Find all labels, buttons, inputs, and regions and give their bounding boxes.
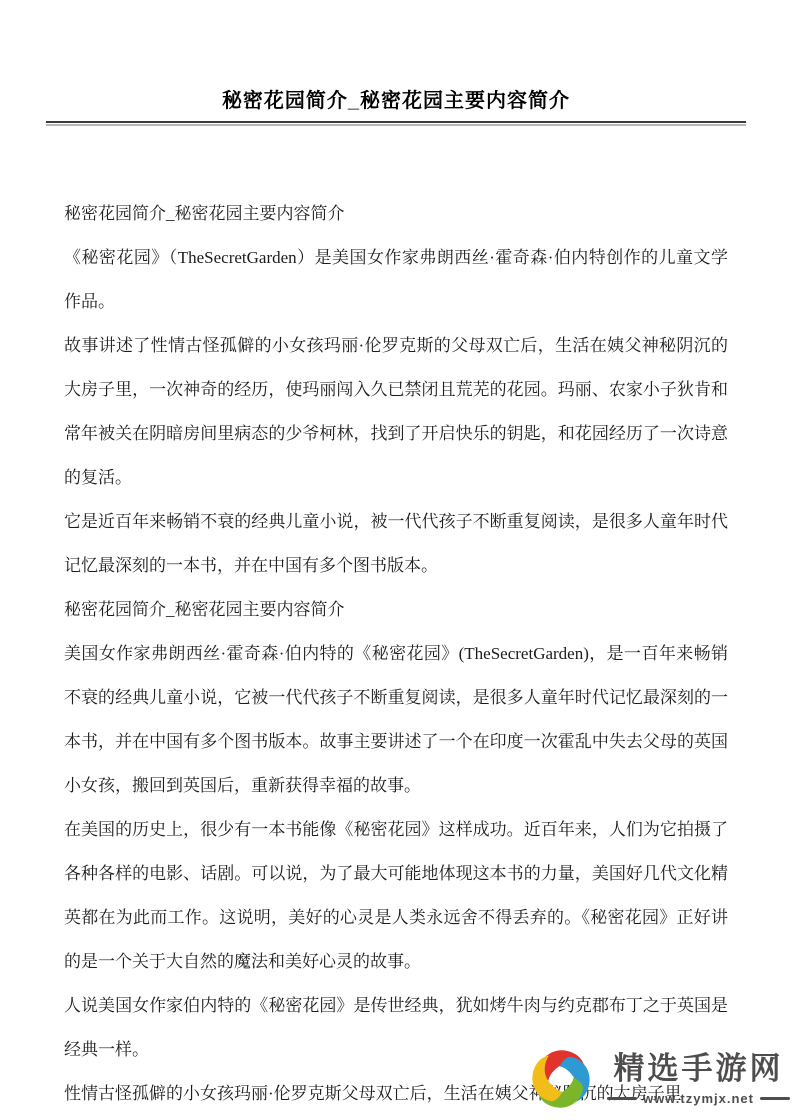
watermark-text-block: 精选手游网 www.tzymjx.net (607, 1052, 790, 1105)
article-body: 秘密花园简介_秘密花园主要内容简介 《秘密花园》（TheSecretGarden… (64, 192, 728, 1116)
url-left-dash (607, 1097, 637, 1100)
document-page: 秘密花园简介_秘密花园主要内容简介 秘密花园简介_秘密花园主要内容简介 《秘密花… (0, 0, 792, 1120)
site-watermark: 精选手游网 www.tzymjx.net (523, 1042, 790, 1116)
site-url: www.tzymjx.net (643, 1091, 754, 1106)
paragraph: 美国女作家弗朗西丝·霍奇森·伯内特的《秘密花园》(TheSecretGarden… (64, 632, 728, 808)
paragraph: 故事讲述了性情古怪孤僻的小女孩玛丽·伦罗克斯的父母双亡后，生活在姨父神秘阴沉的大… (64, 324, 728, 500)
paragraph: 在美国的历史上，很少有一本书能像《秘密花园》这样成功。近百年来，人们为它拍摄了各… (64, 808, 728, 984)
paragraph: 秘密花园简介_秘密花园主要内容简介 (64, 588, 728, 632)
title-divider (46, 121, 746, 126)
paragraph: 它是近百年来畅销不衰的经典儿童小说，被一代代孩子不断重复阅读，是很多人童年时代记… (64, 500, 728, 588)
site-url-row: www.tzymjx.net (607, 1091, 790, 1106)
paragraph: 《秘密花园》（TheSecretGarden）是美国女作家弗朗西丝·霍奇森·伯内… (64, 236, 728, 324)
pinwheel-swirl-icon (523, 1042, 599, 1116)
site-name: 精选手游网 (613, 1052, 783, 1086)
url-right-dash (760, 1097, 790, 1100)
page-title: 秘密花园简介_秘密花园主要内容简介 (0, 0, 792, 113)
paragraph: 秘密花园简介_秘密花园主要内容简介 (64, 192, 728, 236)
